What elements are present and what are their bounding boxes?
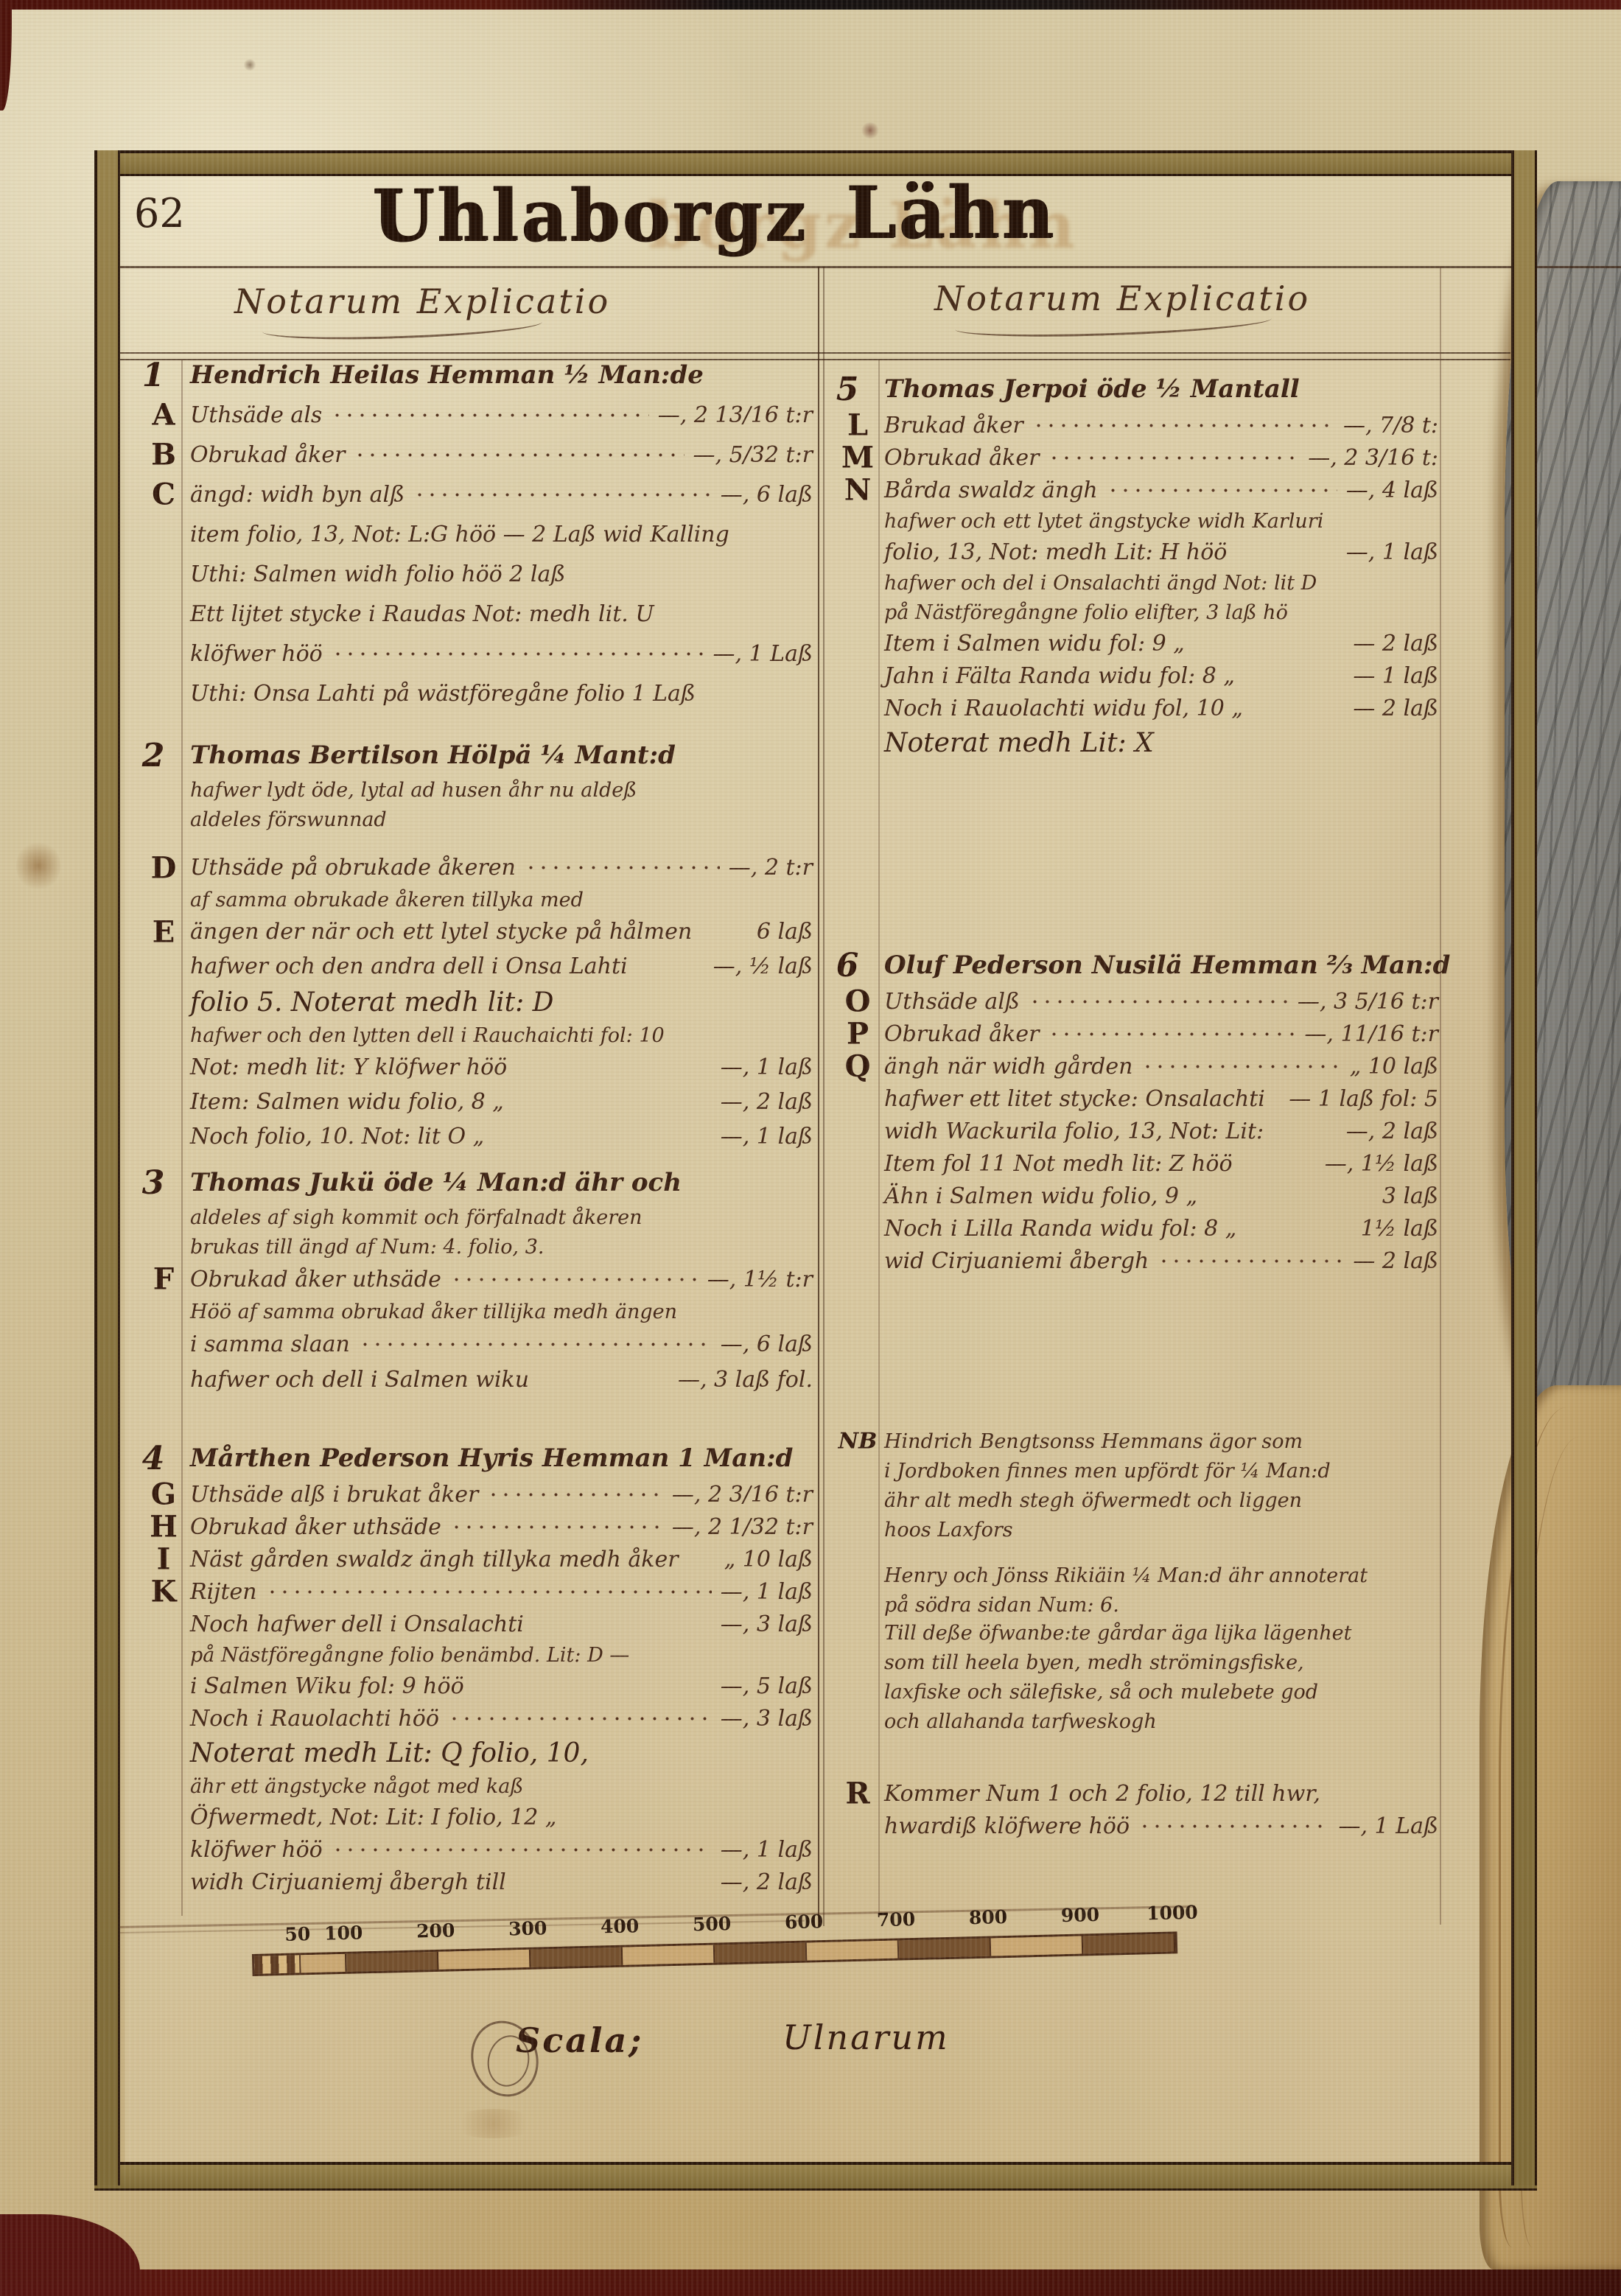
entry-title-text: Oluf Pederson Nusilä Hemman ⅔ Man:d: [884, 951, 1450, 980]
dotted-leader: [1107, 488, 1337, 492]
entry-line: hoos Laxfors: [884, 1515, 1438, 1544]
entry-line: Uthi: Onsa Lahti på wästföregåne folio 1…: [190, 673, 813, 713]
entry-line: Noterat medh Lit: Q folio, 10,: [190, 1735, 813, 1771]
margin-letter: L: [837, 408, 878, 443]
margin-letter: B: [143, 438, 184, 472]
line-text: hafwer och del i Onsalachti ängd Not: li…: [884, 572, 1317, 595]
page-title-word: Uhlaborgz: [372, 174, 808, 257]
scale-tick-label: 800: [969, 1906, 1008, 1928]
line-value: —, 1 laß: [721, 1124, 813, 1149]
entry-line: widh Cirjuaniemj åbergh till—, 2 laß: [190, 1866, 813, 1898]
line-text: hafwer och ett lytet ängstycke widh Karl…: [884, 510, 1323, 533]
line-text: Obrukad åker: [884, 445, 1039, 471]
line-value: 6 laß: [757, 919, 813, 945]
entry-line: Qängh när widh gården„ 10 laß: [884, 1050, 1438, 1082]
line-value: —, 1 laß: [721, 1054, 813, 1080]
dotted-leader: [1158, 1259, 1344, 1263]
line-text: och allahanda tarfweskogh: [884, 1710, 1157, 1733]
dotted-leader: [354, 452, 684, 457]
line-text: widh Cirjuaniemj åbergh till: [190, 1869, 506, 1895]
entry-line: Not: medh lit: Y klöfwer höö—, 1 laß: [190, 1050, 813, 1085]
entry: 4Mårthen Pederson Hyris Hemman 1 Man:dGU…: [190, 1441, 813, 1898]
line-text: laxfiske och sälefiske, så och mulebete …: [884, 1681, 1318, 1704]
entry-title: 4Mårthen Pederson Hyris Hemman 1 Man:d: [190, 1441, 813, 1475]
scale-tick-label: 400: [601, 1915, 640, 1937]
line-text: klöfwer höö: [190, 641, 323, 667]
entry-line: Jahn i Fälta Randa widu fol: 8 „— 1 laß: [884, 659, 1438, 692]
line-text: Item i Salmen widu fol: 9 „: [884, 631, 1185, 657]
entry: 6Oluf Pederson Nusilä Hemman ⅔ Man:dOUth…: [884, 948, 1438, 1277]
scale-segment: [1083, 1933, 1176, 1953]
entry-line: HObrukad åker uthsäde—, 2 1/32 t:r: [190, 1511, 813, 1543]
line-text: Noterat medh Lit: Q folio, 10,: [190, 1738, 589, 1768]
line-value: —, 1 laß: [1346, 539, 1438, 565]
entry-number: 5: [825, 371, 869, 408]
manuscript-page: 62 borgz Lähn Uhlaborgz Lähn Notarum Exp…: [0, 0, 1621, 2296]
entry-line: Noch i Lilla Randa widu fol: 8 „1½ laß: [884, 1212, 1438, 1245]
entry-line: hafwer och den lytten dell i Rauchaichti…: [190, 1021, 813, 1050]
line-text: Bårda swaldz ängh: [884, 477, 1098, 503]
margin-letter: F: [143, 1262, 184, 1297]
entry-line: i Jordboken finnes men upfördt för ¼ Man…: [884, 1456, 1438, 1485]
entry-line: Ähn i Salmen widu folio, 9 „3 laß: [884, 1180, 1438, 1212]
line-text: på södra sidan Num: 6.: [884, 1594, 1119, 1617]
entry-title-text: Thomas Jerpoi öde ½ Mantall: [884, 374, 1300, 404]
margin-letter: D: [143, 850, 184, 885]
line-text: hafwer och den lytten dell i Rauchaichti…: [190, 1024, 665, 1047]
line-value: — 1 laß: [1353, 663, 1438, 689]
line-value: —, 1½ t:r: [707, 1267, 813, 1292]
line-text: ängen der när och ett lytel stycke på hå…: [190, 919, 692, 945]
line-text: folio 5. Noterat medh lit: D: [190, 987, 554, 1018]
line-text: brukas till ängd af Num: 4. folio, 3.: [190, 1236, 544, 1259]
entry-line: af samma obrukade åkeren tillyka med: [190, 885, 813, 914]
line-value: —, 1 Laß: [1338, 1813, 1438, 1839]
entry-line: Item: Salmen widu folio, 8 „—, 2 laß: [190, 1085, 813, 1119]
scale-segment: [991, 1936, 1084, 1956]
margin-letter: G: [143, 1477, 184, 1512]
line-value: —, 2 13/16 t:r: [658, 402, 813, 428]
entry-line: klöfwer höö—, 1 Laß: [190, 634, 813, 673]
entry-line: Eängen der när och ett lytel stycke på h…: [190, 914, 813, 949]
scale-tick-label: 600: [785, 1911, 824, 1933]
entry-title-text: Thomas Bertilson Hölpä ¼ Mant:d: [190, 741, 676, 770]
column-header-right: Notarum Explicatio: [934, 279, 1310, 318]
line-value: —, 1 laß: [721, 1837, 813, 1863]
scale-tick-label: 300: [508, 1917, 547, 1939]
entry-title: 5Thomas Jerpoi öde ½ Mantall: [884, 372, 1438, 406]
frame-border-right: [1511, 150, 1537, 2185]
line-text: Uthsäde på obrukade åkeren: [190, 855, 516, 881]
entry-line: Öfwermedt, Not: Lit: I folio, 12 „: [190, 1801, 813, 1833]
line-value: —, 7/8 t:: [1343, 413, 1438, 438]
line-value: 3 laß: [1382, 1183, 1438, 1209]
line-value: —, 2 laß: [721, 1869, 813, 1895]
entry-line: Till deße öfwanbe:te gårdar äga lijka lä…: [884, 1618, 1438, 1648]
scale-tick-label: 100: [324, 1922, 363, 1944]
margin-letter: A: [143, 398, 184, 433]
line-text: Jahn i Fälta Randa widu fol: 8 „: [884, 663, 1235, 689]
margin-letter: E: [143, 914, 184, 949]
margin-letter: O: [837, 984, 878, 1019]
scale-tick-label: 50: [284, 1923, 310, 1945]
entry-line: Noch i Rauolachti widu fol, 10 „— 2 laß: [884, 692, 1438, 724]
title-rule: [111, 266, 1621, 268]
paper-stain: [16, 840, 60, 892]
margin-letter: P: [837, 1017, 878, 1051]
line-text: Obrukad åker: [190, 442, 345, 468]
entry: 3Thomas Jukü öde ¼ Man:d ähr ochaldeles …: [190, 1166, 813, 1397]
entry-line: Ett lijtet stycke i Raudas Not: medh lit…: [190, 594, 813, 634]
entry-line: PObrukad åker—, 11/16 t:r: [884, 1018, 1438, 1050]
entry-line: INäst gården swaldz ängh tillyka medh åk…: [190, 1543, 813, 1575]
dotted-leader: [450, 1277, 699, 1281]
margin-rule-right: [878, 360, 880, 1916]
margin-letter: N: [837, 473, 878, 508]
line-text: klöfwer höö: [190, 1837, 323, 1863]
line-text: Item fol 11 Not medh lit: Z höö: [884, 1151, 1233, 1177]
entry-line: ähr alt medh stegh öfwermedt och liggen: [884, 1485, 1438, 1515]
line-text: Uthsäde alß: [884, 989, 1020, 1015]
line-text: Höö af samma obrukad åker tillijka medh …: [190, 1301, 677, 1323]
line-value: 1½ laß: [1361, 1216, 1438, 1242]
line-text: aldeles förswunnad: [190, 808, 387, 831]
dotted-leader: [331, 413, 648, 417]
entry-line: Item i Salmen widu fol: 9 „— 2 laß: [884, 627, 1438, 659]
line-value: — 2 laß: [1353, 631, 1438, 657]
dotted-leader: [1138, 1824, 1329, 1828]
column-right-rule: [1440, 267, 1441, 1925]
line-value: —, 1 Laß: [713, 641, 813, 667]
entry-line: laxfiske och sälefiske, så och mulebete …: [884, 1677, 1438, 1707]
entry-line: hafwer ett litet stycke: Onsalachti— 1 l…: [884, 1082, 1438, 1115]
entry: RKommer Num 1 och 2 folio, 12 till hwr,h…: [884, 1777, 1438, 1842]
entry-line: Noch folio, 10. Not: lit O „—, 1 laß: [190, 1119, 813, 1154]
entry-line: hafwer och ett lytet ängstycke widh Karl…: [884, 506, 1438, 536]
scale-segment: [715, 1943, 808, 1963]
line-text: Noch folio, 10. Not: lit O „: [190, 1124, 484, 1149]
entry-line: DUthsäde på obrukade åkeren—, 2 t:r: [190, 850, 813, 885]
entry-line: Noterat medh Lit: X: [884, 724, 1438, 761]
frame-border-bottom: [94, 2162, 1537, 2191]
entry-line: på södra sidan Num: 6.: [884, 1590, 1438, 1620]
entry-line: och allahanda tarfweskogh: [884, 1707, 1438, 1736]
margin-rule-left: [181, 360, 183, 1916]
entry-line: Noch i Rauolachti höö—, 3 laß: [190, 1702, 813, 1735]
line-text: af samma obrukade åkeren tillyka med: [190, 889, 584, 911]
column-divider: [818, 267, 819, 1926]
photo-edge-top: [0, 0, 1621, 10]
line-text: widh Wackurila folio, 13, Not: Lit:: [884, 1119, 1264, 1144]
line-value: —, 5 laß: [721, 1673, 813, 1699]
line-text: ähr ett ängstycke något med kaß: [190, 1775, 523, 1798]
line-text: som till heela byen, medh strömingsfiske…: [884, 1651, 1304, 1674]
frame-border-top: [94, 150, 1537, 176]
dotted-leader: [487, 1492, 663, 1497]
margin-letter: NB: [837, 1429, 878, 1455]
dotted-leader: [448, 1716, 712, 1721]
margin-letter: I: [143, 1542, 184, 1577]
entry-line: LBrukad åker—, 7/8 t:: [884, 409, 1438, 441]
entry-line: ähr ett ängstycke något med kaß: [190, 1771, 813, 1801]
line-text: Obrukad åker: [884, 1021, 1039, 1047]
margin-letter: M: [837, 441, 878, 475]
line-value: —, 3 laß fol.: [678, 1367, 813, 1393]
line-value: —, 2 3/16 t:: [1308, 445, 1438, 471]
line-text: ängd: widh byn alß: [190, 482, 405, 508]
line-text: Rijten: [190, 1579, 257, 1605]
line-value: — 2 laß: [1353, 696, 1438, 721]
entry-number: 4: [131, 1440, 175, 1477]
line-text: Obrukad åker uthsäde: [190, 1267, 441, 1292]
line-text: Ett lijtet stycke i Raudas Not: medh lit…: [190, 601, 654, 627]
entry: NBHindrich Bengtsonss Hemmans ägor somi …: [884, 1427, 1438, 1620]
entry-line: på Nästföregångne folio elifter, 3 laß h…: [884, 598, 1438, 627]
line-value: —, 6 laß: [721, 482, 813, 508]
entry-line: Noch hafwer dell i Onsalachti—, 3 laß: [190, 1608, 813, 1640]
dotted-leader: [1048, 1032, 1295, 1036]
line-text: ängh när widh gården: [884, 1054, 1132, 1079]
entry-line: wid Cirjuaniemi åbergh— 2 laß: [884, 1245, 1438, 1277]
line-text: i samma slaan: [190, 1331, 350, 1357]
line-text: Uthsäde alß i brukat åker: [190, 1482, 478, 1508]
line-text: Uthi: Onsa Lahti på wästföregåne folio 1…: [190, 681, 696, 707]
entry-title: 1Hendrich Heilas Hemman ½ Man:de: [190, 358, 813, 392]
line-text: Kommer Num 1 och 2 folio, 12 till hwr,: [884, 1781, 1320, 1807]
entry-line: Henry och Jönss Rikiäin ¼ Man:d ähr anno…: [884, 1561, 1438, 1590]
page-title-word: Lähn: [846, 171, 1056, 254]
line-text: Not: medh lit: Y klöfwer höö: [190, 1054, 507, 1080]
entry-line: GUthsäde alß i brukat åker—, 2 3/16 t:r: [190, 1478, 813, 1511]
line-text: Noch i Rauolachti höö: [190, 1706, 439, 1732]
entry-line: KRijten—, 1 laß: [190, 1575, 813, 1608]
page-edge-stack: [1480, 1385, 1621, 2269]
entry-line: klöfwer höö—, 1 laß: [190, 1833, 813, 1866]
photo-edge-left: [0, 0, 12, 111]
entry-line: Uthi: Salmen widh folio höö 2 laß: [190, 554, 813, 594]
line-text: på Nästföregångne folio benämbd. Lit: D …: [190, 1644, 629, 1667]
entry-line: hafwer och dell i Salmen wiku—, 3 laß fo…: [190, 1362, 813, 1397]
scale-tick-label: 500: [693, 1913, 732, 1935]
margin-letter: C: [143, 477, 184, 512]
entry-line: MObrukad åker—, 2 3/16 t:: [884, 441, 1438, 474]
line-value: —, 3 laß: [721, 1611, 813, 1637]
scale-segment: [254, 1955, 301, 1974]
entry-number: 1: [131, 357, 175, 394]
entry-title-text: Hendrich Heilas Hemman ½ Man:de: [190, 360, 704, 390]
line-text: Obrukad åker uthsäde: [190, 1514, 441, 1540]
line-value: „ 10 laß: [1350, 1054, 1438, 1079]
line-text: ähr alt medh stegh öfwermedt och liggen: [884, 1489, 1302, 1512]
scale-tick-label: 1000: [1146, 1902, 1198, 1925]
scale-label: Scala;: [516, 2020, 643, 2060]
entry: 5Thomas Jerpoi öde ½ MantallLBrukad åker…: [884, 372, 1438, 761]
line-text: Noterat medh Lit: X: [884, 728, 1154, 758]
entry-line: OUthsäde alß—, 3 5/16 t:r: [884, 985, 1438, 1018]
line-text: Uthsäde als: [190, 402, 322, 428]
dotted-leader: [525, 866, 720, 870]
scale-segment: [300, 1954, 346, 1973]
line-text: Öfwermedt, Not: Lit: I folio, 12 „: [190, 1805, 556, 1830]
page-number: 62: [134, 190, 185, 237]
entry-title: 3Thomas Jukü öde ¼ Man:d ähr och: [190, 1166, 813, 1200]
entry-line: RKommer Num 1 och 2 folio, 12 till hwr,: [884, 1777, 1438, 1810]
line-text: wid Cirjuaniemi åbergh: [884, 1248, 1149, 1274]
entry-line: aldeles förswunnad: [190, 805, 813, 834]
line-text: Ähn i Salmen widu folio, 9 „: [884, 1183, 1197, 1209]
entry-number: 6: [825, 947, 869, 984]
frame-border-left: [94, 150, 120, 2185]
scale-segment: [346, 1952, 439, 1972]
entry-number: 2: [131, 737, 175, 774]
line-value: —, 2 laß: [1346, 1119, 1438, 1144]
scale-tick-label: 700: [877, 1908, 916, 1931]
dotted-leader: [413, 492, 712, 497]
photo-edge-bottom: [0, 2269, 1621, 2296]
paper-stain: [449, 2109, 538, 2138]
entry-line: Cängd: widh byn alß—, 6 laß: [190, 475, 813, 514]
dotted-leader: [1048, 455, 1299, 460]
line-text: item folio, 13, Not: L:G höö — 2 Laß wid…: [190, 522, 729, 547]
scale-segment: [807, 1941, 900, 1961]
line-value: —, 3 5/16 t:r: [1298, 989, 1438, 1015]
scale-segment: [899, 1938, 992, 1958]
line-value: —, ½ laß: [713, 953, 813, 979]
entry-line: i Salmen Wiku fol: 9 höö—, 5 laß: [190, 1670, 813, 1702]
line-text: hwardiß klöfwere höö: [884, 1813, 1130, 1839]
entry-line: FObrukad åker uthsäde—, 1½ t:r: [190, 1261, 813, 1297]
entry-title-text: Mårthen Pederson Hyris Hemman 1 Man:d: [190, 1443, 793, 1473]
margin-letter: R: [837, 1777, 878, 1811]
line-text: i Jordboken finnes men upfördt för ¼ Man…: [884, 1460, 1331, 1483]
entry-title-text: Thomas Jukü öde ¼ Man:d ähr och: [190, 1168, 682, 1197]
line-text: i Salmen Wiku fol: 9 höö: [190, 1673, 464, 1699]
dotted-leader: [450, 1525, 663, 1529]
entry-line: hafwer och den andra dell i Onsa Lahti—,…: [190, 949, 813, 984]
paper-stain: [861, 122, 880, 139]
entry-line: Höö af samma obrukad åker tillijka medh …: [190, 1297, 813, 1326]
entry-line: som till heela byen, medh strömingsfiske…: [884, 1648, 1438, 1677]
scale-segment: [438, 1950, 531, 1970]
scale-tick-label: 900: [1061, 1904, 1100, 1926]
entry-line: NBårda swaldz ängh—, 4 laß: [884, 474, 1438, 506]
entry-line: hafwer och del i Onsalachti ängd Not: li…: [884, 568, 1438, 598]
entry-line: på Nästföregångne folio benämbd. Lit: D …: [190, 1640, 813, 1670]
line-value: —, 2 laß: [721, 1089, 813, 1115]
entry-title: 2Thomas Bertilson Hölpä ¼ Mant:d: [190, 738, 813, 772]
line-text: Henry och Jönss Rikiäin ¼ Man:d ähr anno…: [884, 1564, 1368, 1587]
header-rule: [111, 352, 1510, 354]
line-text: Uthi: Salmen widh folio höö 2 laß: [190, 561, 565, 587]
margin-letter: K: [143, 1575, 184, 1609]
entry-line: i samma slaan—, 6 laß: [190, 1326, 813, 1362]
dotted-leader: [332, 1847, 712, 1852]
line-text: på Nästföregångne folio elifter, 3 laß h…: [884, 601, 1288, 624]
line-value: — 1 laß fol: 5: [1289, 1086, 1438, 1112]
margin-letter: H: [143, 1510, 184, 1544]
paper-stain: [243, 59, 256, 71]
line-value: — 2 laß: [1353, 1248, 1438, 1274]
entry: 2Thomas Bertilson Hölpä ¼ Mant:dhafwer l…: [190, 738, 813, 1154]
scale-segment: [623, 1945, 715, 1965]
dotted-leader: [1029, 999, 1289, 1004]
line-text: hafwer och dell i Salmen wiku: [190, 1367, 529, 1393]
line-value: —, 1½ laß: [1325, 1151, 1438, 1177]
line-text: Noch i Lilla Randa widu fol: 8 „: [884, 1216, 1236, 1242]
entry-line: NBHindrich Bengtsonss Hemmans ägor som: [884, 1427, 1438, 1456]
entry-line: AUthsäde als—, 2 13/16 t:r: [190, 395, 813, 435]
scale-tick-label: 200: [416, 1919, 455, 1942]
line-text: hoos Laxfors: [884, 1519, 1013, 1541]
entry: Till deße öfwanbe:te gårdar äga lijka lä…: [884, 1618, 1438, 1736]
margin-letter: Q: [837, 1049, 878, 1084]
entry-number: 3: [131, 1164, 175, 1202]
entry-line: brukas till ängd af Num: 4. folio, 3.: [190, 1232, 813, 1261]
column-divider: [823, 267, 824, 1926]
line-text: Noch i Rauolachti widu fol, 10 „: [884, 696, 1243, 721]
line-text: Näst gården swaldz ängh tillyka medh åke…: [190, 1547, 679, 1572]
line-value: —, 1 laß: [721, 1579, 813, 1605]
line-text: Till deße öfwanbe:te gårdar äga lijka lä…: [884, 1622, 1351, 1645]
column-header-left: Notarum Explicatio: [234, 281, 610, 321]
line-text: Item: Salmen widu folio, 8 „: [190, 1089, 504, 1115]
dotted-leader: [1141, 1064, 1340, 1068]
line-value: „ 10 laß: [724, 1547, 813, 1572]
scale-unit-label: Ulnarum: [783, 2017, 950, 2057]
entry: 1Hendrich Heilas Hemman ½ Man:deAUthsäde…: [190, 358, 813, 713]
entry-title: 6Oluf Pederson Nusilä Hemman ⅔ Man:d: [884, 948, 1438, 982]
line-value: —, 2 3/16 t:r: [672, 1482, 813, 1508]
dotted-leader: [1032, 423, 1334, 427]
line-text: Brukad åker: [884, 413, 1023, 438]
entry-line: BObrukad åker—, 5/32 t:r: [190, 435, 813, 475]
entry-line: hafwer lydt öde, lytal ad husen åhr nu a…: [190, 775, 813, 805]
line-value: —, 2 1/32 t:r: [672, 1514, 813, 1540]
line-value: —, 4 laß: [1346, 477, 1438, 503]
line-text: aldeles af sigh kommit och förfalnadt åk…: [190, 1206, 643, 1229]
entry-line: widh Wackurila folio, 13, Not: Lit:—, 2 …: [884, 1115, 1438, 1147]
line-text: folio, 13, Not: medh Lit: H höö: [884, 539, 1227, 565]
entry-line: item folio, 13, Not: L:G höö — 2 Laß wid…: [190, 514, 813, 554]
entry-line: folio, 13, Not: medh Lit: H höö—, 1 laß: [884, 536, 1438, 568]
line-value: —, 6 laß: [721, 1331, 813, 1357]
photo-edge-corner: [0, 2214, 140, 2296]
line-value: —, 5/32 t:r: [693, 442, 813, 468]
scale-segment: [531, 1947, 623, 1967]
line-text: hafwer ett litet stycke: Onsalachti: [884, 1086, 1265, 1112]
line-value: —, 2 t:r: [729, 855, 813, 881]
entry-line: hwardiß klöfwere höö—, 1 Laß: [884, 1810, 1438, 1842]
dotted-leader: [266, 1589, 712, 1594]
line-value: —, 3 laß: [721, 1706, 813, 1732]
entry-line: Item fol 11 Not medh lit: Z höö—, 1½ laß: [884, 1147, 1438, 1180]
line-text: Noch hafwer dell i Onsalachti: [190, 1611, 524, 1637]
entry-line: folio 5. Noterat medh lit: D: [190, 984, 813, 1021]
line-text: hafwer och den andra dell i Onsa Lahti: [190, 953, 628, 979]
dotted-leader: [332, 651, 704, 656]
line-value: —, 11/16 t:r: [1304, 1021, 1438, 1047]
line-text: hafwer lydt öde, lytal ad husen åhr nu a…: [190, 779, 637, 802]
entry-line: aldeles af sigh kommit och förfalnadt åk…: [190, 1203, 813, 1232]
line-text: Hindrich Bengtsonss Hemmans ägor som: [884, 1430, 1303, 1453]
dotted-leader: [359, 1342, 712, 1346]
